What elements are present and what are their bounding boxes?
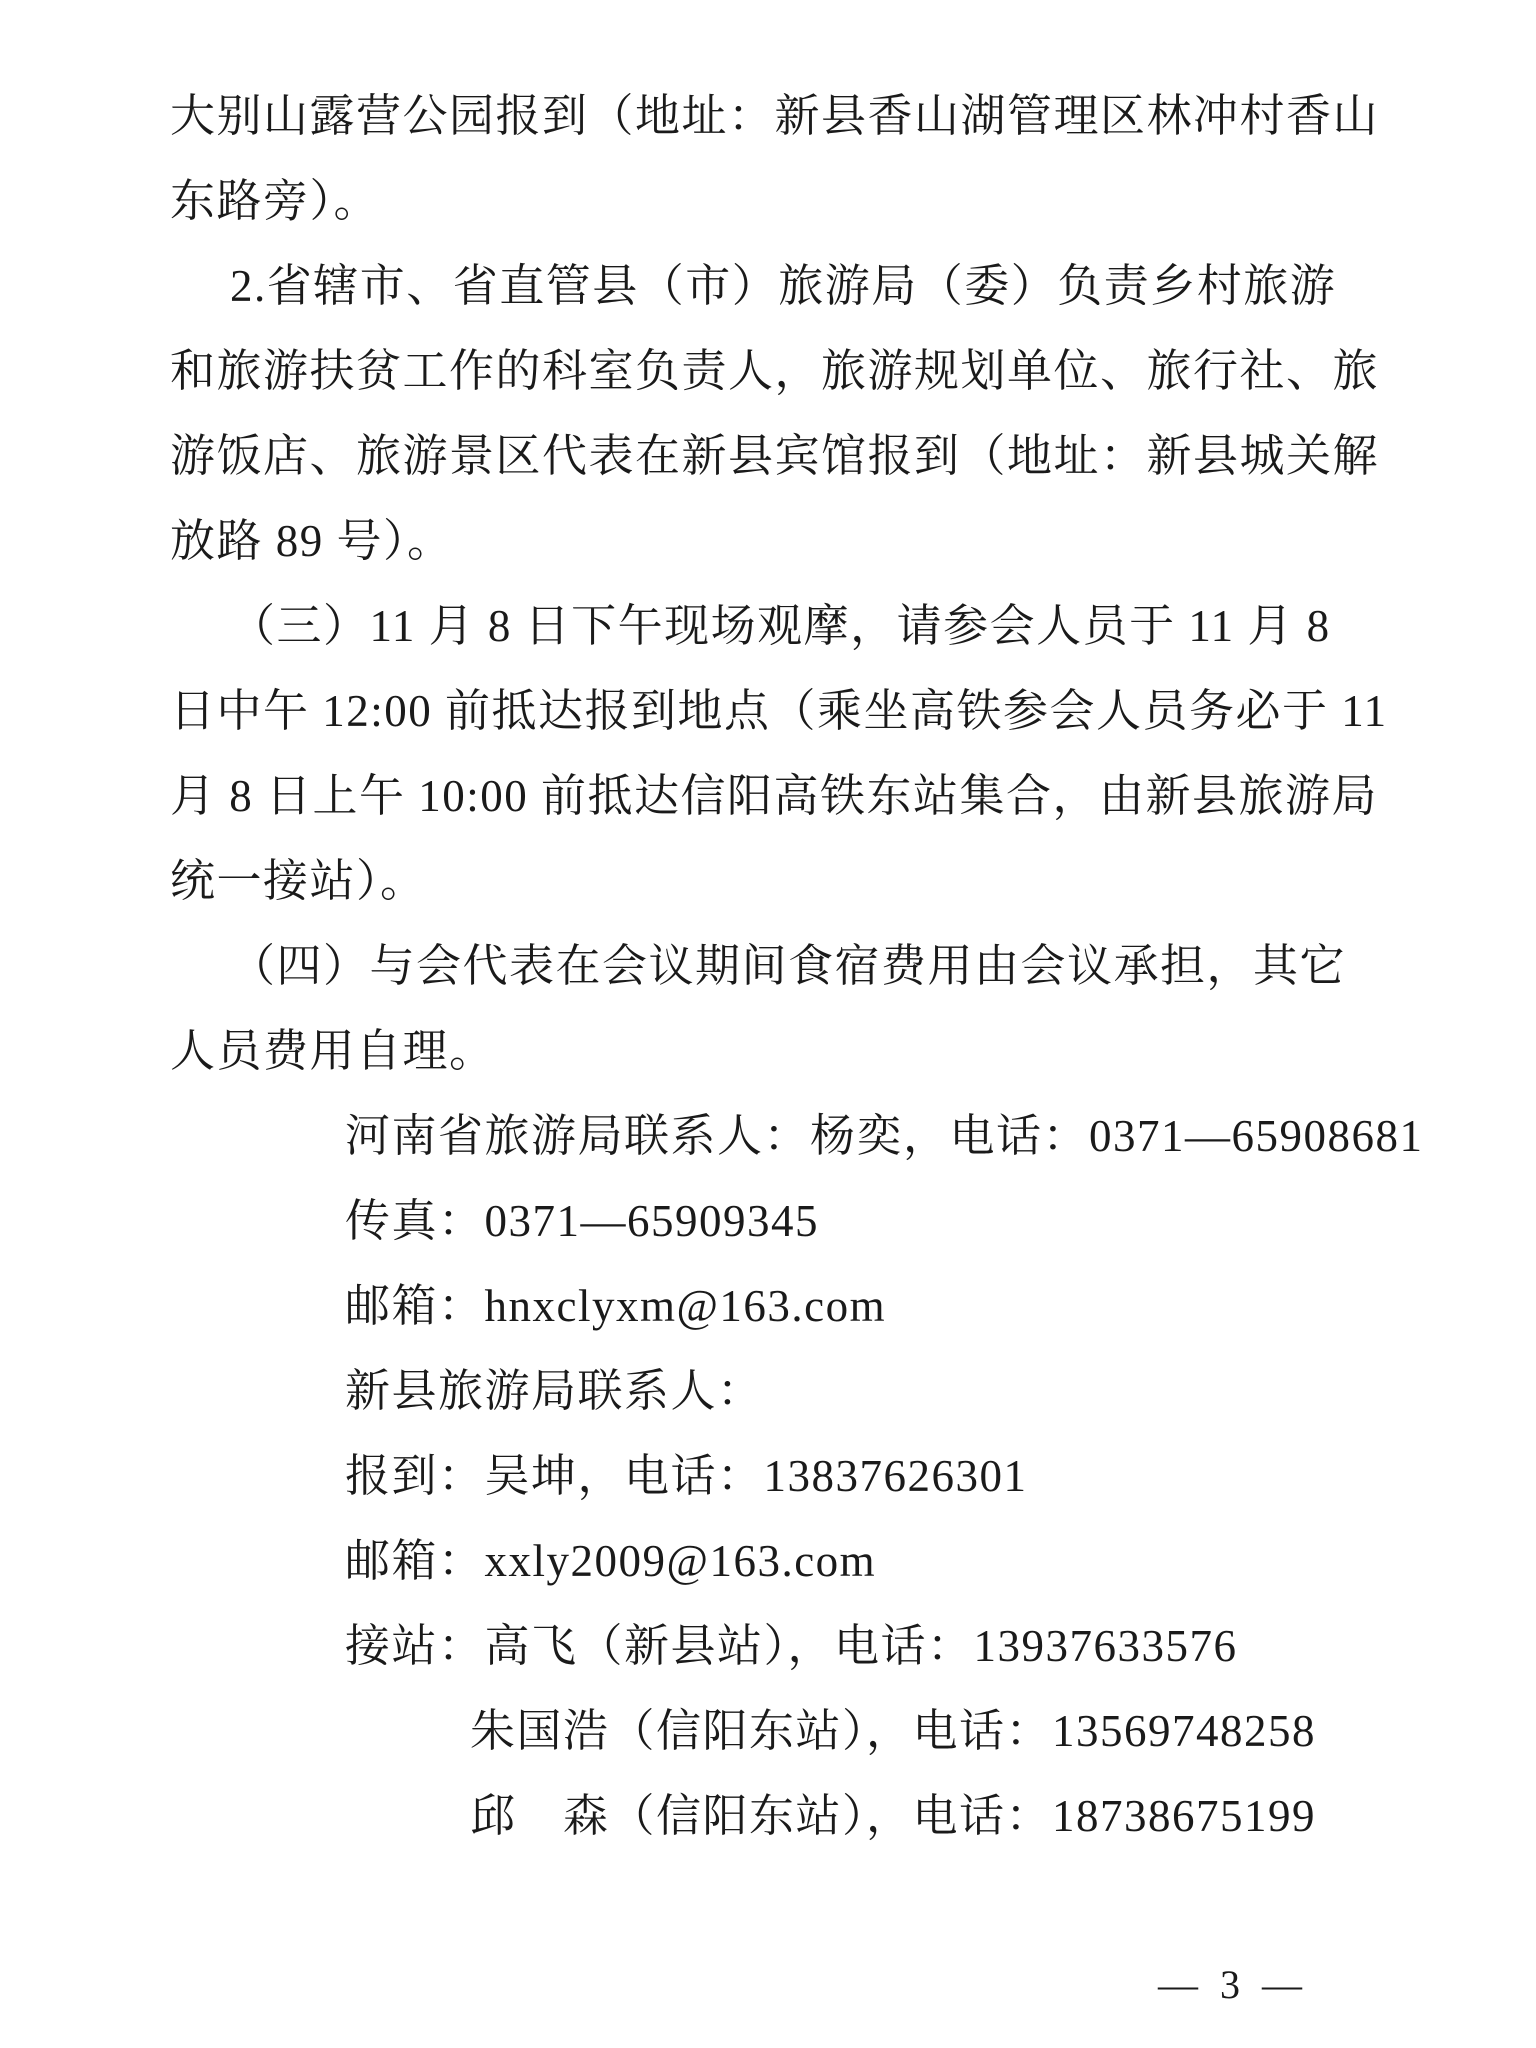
text-line: 东路旁）。: [170, 159, 1386, 244]
text-line: 和旅游扶贫工作的科室负责人，旅游规划单位、旅行社、旅: [170, 329, 1386, 414]
text-line: 月 8 日上午 10:00 前抵达信阳高铁东站集合，由新县旅游局: [170, 754, 1386, 839]
contact-line-station-pickup: 接站：高飞（新县站），电话：13937633576: [170, 1604, 1386, 1689]
contact-line-registration: 报到：吴坤，电话：13837626301: [170, 1434, 1386, 1519]
contact-line-station-pickup-2: 朱国浩（信阳东站），电话：13569748258: [170, 1689, 1386, 1774]
text-line: （三）11 月 8 日下午现场观摩，请参会人员于 11 月 8: [170, 584, 1386, 669]
contact-line-henan-tourism-bureau: 河南省旅游局联系人：杨奕，电话：0371—65908681: [170, 1094, 1386, 1179]
text-line: 放路 89 号）。: [170, 499, 1386, 584]
page-number: — 3 —: [1158, 1955, 1308, 2015]
text-line: 大别山露营公园报到（地址：新县香山湖管理区林冲村香山: [170, 74, 1386, 159]
text-line: 2.省辖市、省直管县（市）旅游局（委）负责乡村旅游: [170, 244, 1386, 329]
text-line: 日中午 12:00 前抵达报到地点（乘坐高铁参会人员务必于 11: [170, 669, 1386, 754]
document-body: 大别山露营公园报到（地址：新县香山湖管理区林冲村香山 东路旁）。 2.省辖市、省…: [170, 74, 1386, 1859]
text-line: 人员费用自理。: [170, 1009, 1386, 1094]
contact-line-fax: 传真：0371—65909345: [170, 1179, 1386, 1264]
contact-line-email-xinxian: 邮箱：xxly2009@163.com: [170, 1519, 1386, 1604]
contact-line-xinxian-tourism-bureau: 新县旅游局联系人：: [170, 1349, 1386, 1434]
text-line: 游饭店、旅游景区代表在新县宾馆报到（地址：新县城关解: [170, 414, 1386, 499]
contact-line-station-pickup-3: 邱 森（信阳东站），电话：18738675199: [170, 1774, 1386, 1859]
contact-line-email-henan: 邮箱：hnxclyxm@163.com: [170, 1264, 1386, 1349]
text-line: 统一接站）。: [170, 839, 1386, 924]
text-line: （四）与会代表在会议期间食宿费用由会议承担，其它: [170, 924, 1386, 1009]
